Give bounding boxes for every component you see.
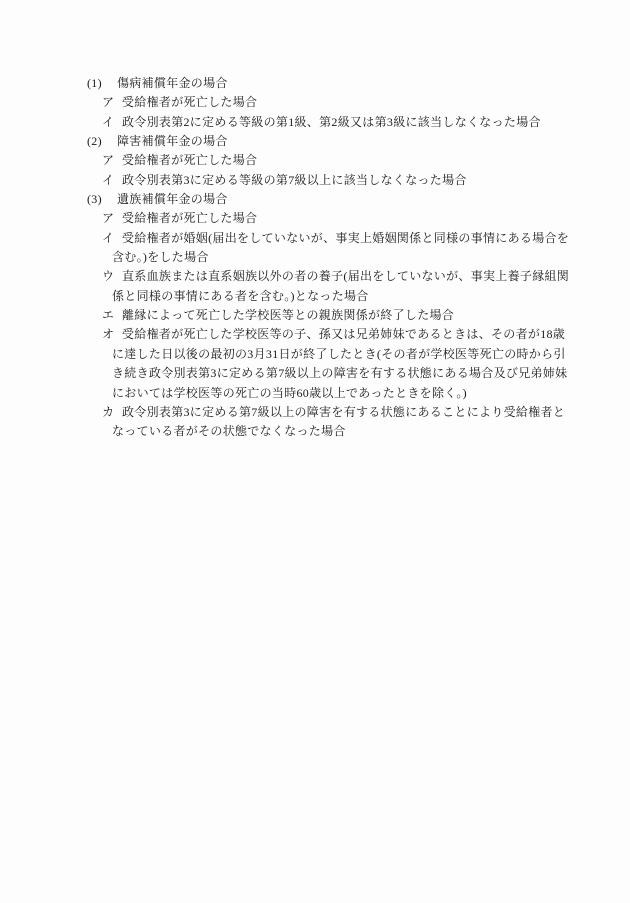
list-item: イ政令別表第3に定める等級の第7級以上に該当しなくなった場合 bbox=[87, 171, 547, 190]
item-text-line: 受給権者が死亡した場合 bbox=[122, 211, 257, 225]
item-text-line: 係と同様の事情にある者を含む。)となった場合 bbox=[87, 287, 547, 306]
item-label: ウ bbox=[102, 267, 122, 286]
item-text-line: 直系血族または直系姻族以外の者の養子(届出をしていないが、事実上養子縁組関 bbox=[122, 269, 569, 283]
section-heading: (2)障害補償年金の場合 bbox=[87, 132, 547, 151]
item-text-line: 受給権者が死亡した場合 bbox=[122, 153, 257, 167]
item-label: ア bbox=[102, 151, 122, 170]
item-text-line: 離縁によって死亡した学校医等との親族関係が終了した場合 bbox=[122, 308, 454, 322]
item-label: イ bbox=[102, 171, 122, 190]
section-heading: (1)傷病補償年金の場合 bbox=[87, 74, 547, 93]
item-text-line: 含む。)をした場合 bbox=[87, 248, 547, 267]
section: (1)傷病補償年金の場合ア受給権者が死亡した場合イ政令別表第2に定める等級の第1… bbox=[87, 74, 547, 132]
list-item: オ受給権者が死亡した学校医等の子、孫又は兄弟姉妹であるときは、その者が18歳に達… bbox=[87, 325, 547, 402]
item-label: ア bbox=[102, 209, 122, 228]
item-label: イ bbox=[102, 229, 122, 248]
section-heading: (3)遺族補償年金の場合 bbox=[87, 190, 547, 209]
list-item: イ政令別表第2に定める等級の第1級、第2級又は第3級に該当しなくなった場合 bbox=[87, 113, 547, 132]
item-text-line: 受給権者が婚姻(届出をしていないが、事実上婚姻関係と同様の事情にある場合を bbox=[122, 231, 569, 245]
item-text-line: 政令別表第3に定める等級の第7級以上に該当しなくなった場合 bbox=[122, 173, 467, 187]
list-item: カ政令別表第3に定める第7級以上の障害を有する状態にあることにより受給権者となっ… bbox=[87, 403, 547, 442]
list-item: ア受給権者が死亡した場合 bbox=[87, 151, 547, 170]
list-item: ウ直系血族または直系姻族以外の者の養子(届出をしていないが、事実上養子縁組関係と… bbox=[87, 267, 547, 306]
item-label: エ bbox=[102, 306, 122, 325]
item-label: カ bbox=[102, 403, 122, 422]
item-label: イ bbox=[102, 113, 122, 132]
document-content: (1)傷病補償年金の場合ア受給権者が死亡した場合イ政令別表第2に定める等級の第1… bbox=[87, 74, 547, 442]
item-text-line: に達した日以後の最初の3月31日が終了したとき(その者が学校医等死亡の時から引 bbox=[87, 345, 547, 364]
item-text-line: 政令別表第3に定める第7級以上の障害を有する状態にあることにより受給権者と bbox=[122, 405, 565, 419]
item-label: オ bbox=[102, 325, 122, 344]
section-number: (2) bbox=[87, 132, 117, 151]
section-number: (3) bbox=[87, 190, 117, 209]
section: (3)遺族補償年金の場合ア受給権者が死亡した場合イ受給権者が婚姻(届出をしていな… bbox=[87, 190, 547, 441]
list-item: ア受給権者が死亡した場合 bbox=[87, 209, 547, 228]
item-text-line: 受給権者が死亡した場合 bbox=[122, 95, 257, 109]
list-item: エ離縁によって死亡した学校医等との親族関係が終了した場合 bbox=[87, 306, 547, 325]
document-page: (1)傷病補償年金の場合ア受給権者が死亡した場合イ政令別表第2に定める等級の第1… bbox=[0, 0, 630, 903]
item-text-line: き続き政令別表第3に定める第7級以上の障害を有する状態にある場合及び兄弟姉妹 bbox=[87, 364, 547, 383]
section-title: 傷病補償年金の場合 bbox=[117, 76, 228, 90]
section-title: 遺族補償年金の場合 bbox=[117, 192, 228, 206]
list-item: ア受給権者が死亡した場合 bbox=[87, 93, 547, 112]
item-text-line: 政令別表第2に定める等級の第1級、第2級又は第3級に該当しなくなった場合 bbox=[122, 115, 541, 129]
section-number: (1) bbox=[87, 74, 117, 93]
list-item: イ受給権者が婚姻(届出をしていないが、事実上婚姻関係と同様の事情にある場合を含む… bbox=[87, 229, 547, 268]
item-label: ア bbox=[102, 93, 122, 112]
item-text-line: 受給権者が死亡した学校医等の子、孫又は兄弟姉妹であるときは、その者が18歳 bbox=[122, 327, 565, 341]
section: (2)障害補償年金の場合ア受給権者が死亡した場合イ政令別表第3に定める等級の第7… bbox=[87, 132, 547, 190]
item-text-line: なっている者がその状態でなくなった場合 bbox=[87, 422, 547, 441]
section-title: 障害補償年金の場合 bbox=[117, 134, 228, 148]
item-text-line: においては学校医等の死亡の当時60歳以上であったときを除く。) bbox=[87, 384, 547, 403]
